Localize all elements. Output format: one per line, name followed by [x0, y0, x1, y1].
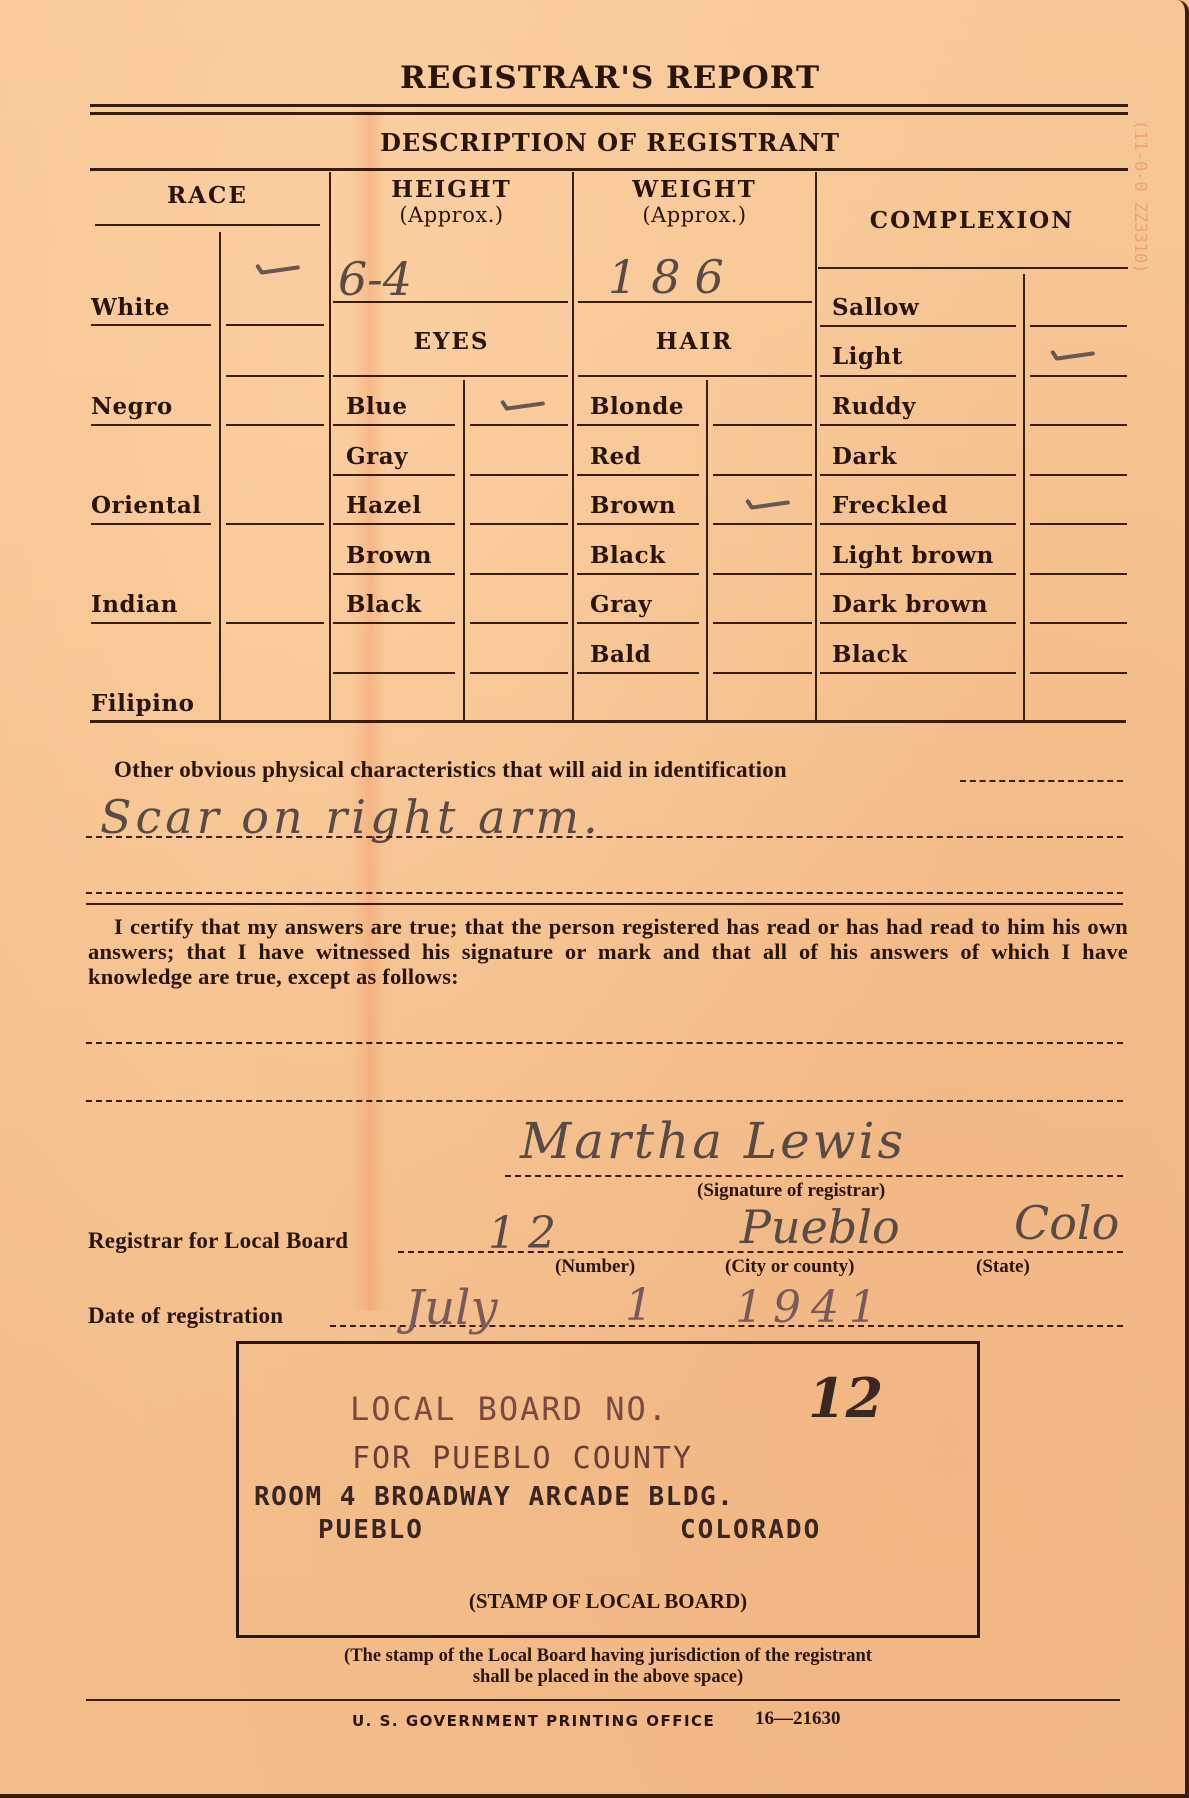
weight-subheader: (Approx.)	[574, 203, 815, 227]
row-rule	[820, 573, 1016, 575]
row-rule	[820, 474, 1016, 476]
stamp-caption: (STAMP OF LOCAL BOARD)	[236, 1589, 980, 1614]
height-col-divider	[329, 172, 331, 720]
hair-option-bald: Bald	[590, 641, 651, 668]
height-header: HEIGHT	[331, 176, 572, 203]
local-board-label: Registrar for Local Board	[88, 1228, 348, 1253]
stamp-note-line-1: (The stamp of the Local Board having jur…	[236, 1646, 980, 1667]
row-rule	[1030, 672, 1127, 674]
stamp-local-board-line: LOCAL BOARD NO.	[350, 1390, 669, 1428]
row-rule	[91, 622, 211, 624]
footer-printer: U. S. GOVERNMENT PRINTING OFFICE	[352, 1712, 715, 1730]
eyes-option-black: Black	[346, 591, 422, 618]
row-rule	[713, 424, 812, 426]
row-rule	[333, 672, 455, 674]
weight-value[interactable]: 186	[608, 250, 738, 304]
stamp-state: COLORADO	[680, 1515, 821, 1545]
row-rule	[1030, 622, 1127, 624]
local-board-state[interactable]: Colo	[1014, 1196, 1119, 1250]
row-rule	[577, 573, 699, 575]
eyes-header-rule	[333, 375, 568, 377]
row-rule	[470, 573, 568, 575]
hair-check-divider	[706, 380, 708, 720]
complexion-option-sallow: Sallow	[832, 294, 919, 321]
eyes-check-divider	[463, 380, 465, 720]
row-rule	[820, 424, 1016, 426]
eyes-header: EYES	[331, 328, 572, 355]
complexion-check-divider	[1023, 274, 1025, 720]
row-rule	[333, 424, 455, 426]
section-title: DESCRIPTION OF REGISTRANT	[0, 128, 1189, 157]
row-rule	[1030, 573, 1127, 575]
complexion-option-light-brown: Light brown	[832, 542, 994, 569]
row-rule	[577, 672, 699, 674]
other-characteristics-leader	[960, 780, 1123, 782]
hair-option-brown: Brown	[590, 492, 676, 519]
hair-header: HAIR	[574, 328, 815, 355]
race-option-filipino: Filipino	[91, 690, 194, 717]
title-rule-bottom	[90, 112, 1128, 115]
page-title: REGISTRAR'S REPORT	[0, 60, 1189, 96]
eyes-option-blue: Blue	[346, 393, 408, 420]
hair-option-black: Black	[590, 542, 666, 569]
height-subheader: (Approx.)	[331, 203, 572, 227]
row-rule	[470, 672, 568, 674]
complexion-col-divider	[815, 172, 817, 720]
signature-line	[505, 1175, 1123, 1177]
row-rule	[820, 325, 1016, 327]
row-rule	[91, 424, 211, 426]
local-board-number[interactable]: 12	[488, 1208, 568, 1259]
row-rule	[470, 424, 568, 426]
row-rule	[1030, 474, 1127, 476]
weight-col-divider	[572, 172, 574, 720]
row-rule	[91, 523, 211, 525]
hair-header-rule	[578, 375, 812, 377]
row-rule	[713, 523, 812, 525]
row-rule	[226, 324, 324, 326]
height-value[interactable]: 6-4	[338, 252, 412, 306]
row-rule	[820, 672, 1016, 674]
eyes-option-hazel: Hazel	[346, 492, 422, 519]
row-rule	[470, 474, 568, 476]
row-rule	[713, 474, 812, 476]
registration-month[interactable]: July	[405, 1280, 498, 1336]
complexion-option-dark: Dark	[832, 443, 897, 470]
race-header: RACE	[95, 182, 320, 209]
row-rule	[820, 622, 1016, 624]
complexion-header-rule	[818, 267, 1128, 269]
row-rule	[333, 622, 455, 624]
race-option-oriental: Oriental	[91, 492, 202, 519]
stamp-address-line: ROOM 4 BROADWAY ARCADE BLDG.	[254, 1482, 734, 1512]
complexion-option-black: Black	[832, 641, 908, 668]
row-rule	[226, 424, 324, 426]
eyes-option-brown: Brown	[346, 542, 432, 569]
row-rule	[820, 375, 1016, 377]
row-rule	[333, 523, 455, 525]
race-option-white: White	[91, 294, 170, 321]
complexion-option-light: Light	[832, 343, 903, 370]
number-caption: (Number)	[555, 1256, 635, 1278]
exceptions-line-2[interactable]	[86, 1100, 1123, 1102]
row-rule	[713, 622, 812, 624]
registrar-signature[interactable]: Martha Lewis	[520, 1112, 906, 1170]
certification-text: I certify that my answers are true; that…	[88, 914, 1128, 989]
row-rule	[1030, 375, 1127, 377]
hair-option-red: Red	[590, 443, 641, 470]
complexion-option-freckled: Freckled	[832, 492, 948, 519]
registration-year[interactable]: 1941	[735, 1282, 887, 1333]
complexion-option-dark-brown: Dark brown	[832, 591, 988, 618]
weight-header: WEIGHT	[574, 176, 815, 203]
exceptions-line-1[interactable]	[86, 1042, 1123, 1044]
row-rule	[577, 474, 699, 476]
footer-rule	[86, 1699, 1120, 1701]
hair-option-blonde: Blonde	[590, 393, 684, 420]
row-rule	[1030, 523, 1127, 525]
row-rule	[470, 523, 568, 525]
other-characteristics-line-2	[86, 892, 1123, 894]
eyes-option-gray: Gray	[346, 443, 408, 470]
other-characteristics-rule	[86, 903, 1123, 905]
local-board-city[interactable]: Pueblo	[740, 1200, 900, 1254]
stamp-city: PUEBLO	[318, 1515, 424, 1545]
race-check-divider	[219, 232, 221, 720]
race-option-indian: Indian	[91, 591, 178, 618]
row-rule	[333, 474, 455, 476]
row-rule	[1030, 325, 1127, 327]
complexion-option-ruddy: Ruddy	[832, 393, 916, 420]
race-option-negro: Negro	[91, 393, 173, 420]
stamp-county-line: FOR PUEBLO COUNTY	[352, 1441, 693, 1476]
table-bottom-rule	[90, 720, 1126, 723]
title-rule-top	[90, 104, 1128, 107]
table-top-rule	[90, 168, 1128, 171]
race-header-rule	[95, 224, 320, 226]
row-rule	[91, 324, 211, 326]
footer-form-number: 16—21630	[755, 1708, 841, 1730]
city-caption: (City or county)	[725, 1256, 854, 1278]
row-rule	[470, 622, 568, 624]
row-rule	[713, 672, 812, 674]
registration-date-label: Date of registration	[88, 1303, 283, 1328]
complexion-header: COMPLEXION	[817, 207, 1127, 234]
row-rule	[820, 523, 1016, 525]
row-rule	[577, 622, 699, 624]
row-rule	[577, 424, 699, 426]
row-rule	[577, 523, 699, 525]
stamp-board-number: 12	[808, 1366, 883, 1430]
signature-caption: (Signature of registrar)	[697, 1180, 885, 1202]
row-rule	[226, 523, 324, 525]
row-rule	[226, 622, 324, 624]
hair-option-gray: Gray	[590, 591, 652, 618]
other-characteristics-line-1	[86, 836, 1123, 838]
stamp-note-line-2: shall be placed in the above space)	[236, 1667, 980, 1688]
state-caption: (State)	[976, 1256, 1030, 1278]
row-rule	[713, 573, 812, 575]
registration-day[interactable]: 1	[625, 1280, 653, 1331]
row-rule	[226, 375, 324, 377]
row-rule	[1030, 424, 1127, 426]
row-rule	[333, 573, 455, 575]
other-characteristics-label: Other obvious physical characteristics t…	[114, 757, 787, 782]
